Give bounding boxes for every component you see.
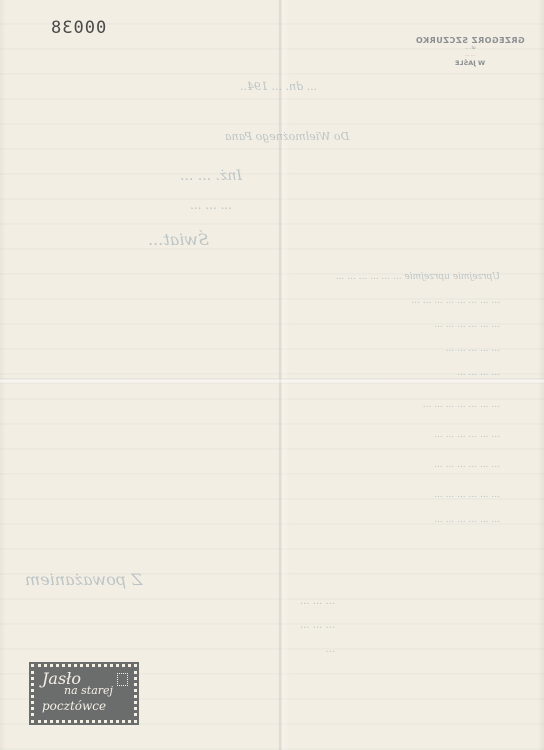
letterhead-line1: ul. ... [415, 45, 525, 52]
body-line: ... ... ... ... ... ... ... [40, 400, 500, 410]
closing-right-line: ... [300, 638, 335, 662]
serial-number: 00038 [50, 18, 106, 38]
body-line: ... ... ... ... ... ... [40, 460, 500, 470]
horizontal-fold [0, 378, 544, 384]
scanned-letter: 00038 GRZEGORZ SZCZURKO ul. ... ... ... … [0, 0, 544, 750]
letterhead-city: W JAŚLE [415, 59, 525, 67]
letterhead-name: GRZEGORZ SZCZURKO [415, 36, 525, 45]
salutation: Świat... [148, 230, 209, 249]
body-line: ... ... ... ... ... ... [40, 490, 500, 500]
recipient-line-3: ... ... ... [190, 198, 232, 212]
body-line: ... ... ... ... ... ... [40, 320, 500, 330]
letterhead-stamp: GRZEGORZ SZCZURKO ul. ... ... ... W JAŚL… [415, 36, 525, 67]
body-line: ... ... ... ... ... ... [40, 515, 500, 525]
recipient-line-2: Inż. ... ... [180, 168, 242, 184]
body-line: Uprzejmie uprzejmie ... ... ... ... ... … [40, 272, 500, 282]
recipient-line-1: Do Wielmożnego Pana [225, 130, 349, 143]
body-line: ... ... ... ... ... [40, 344, 500, 354]
closing-right-line: ... ... ... [300, 614, 335, 638]
letterhead-line2: ... ... [415, 52, 525, 59]
watermark-logo: Jasło na starej pocztówce [31, 664, 137, 723]
closing-signature: Z poważaniem [25, 570, 142, 589]
stamp-icon [117, 673, 128, 686]
closing-right-block: ... ... ... ... ... ... ... [300, 590, 335, 662]
body-line: ... ... ... ... ... ... ... ... [40, 296, 500, 306]
body-line: ... ... ... ... [40, 368, 500, 378]
watermark-line2: na starej [64, 684, 113, 697]
body-line: ... ... ... ... ... ... [40, 430, 500, 440]
watermark-line3: pocztówce [42, 699, 106, 713]
date-line: ... dn. ... 194.. [240, 80, 317, 93]
closing-right-line: ... ... ... [300, 590, 335, 614]
